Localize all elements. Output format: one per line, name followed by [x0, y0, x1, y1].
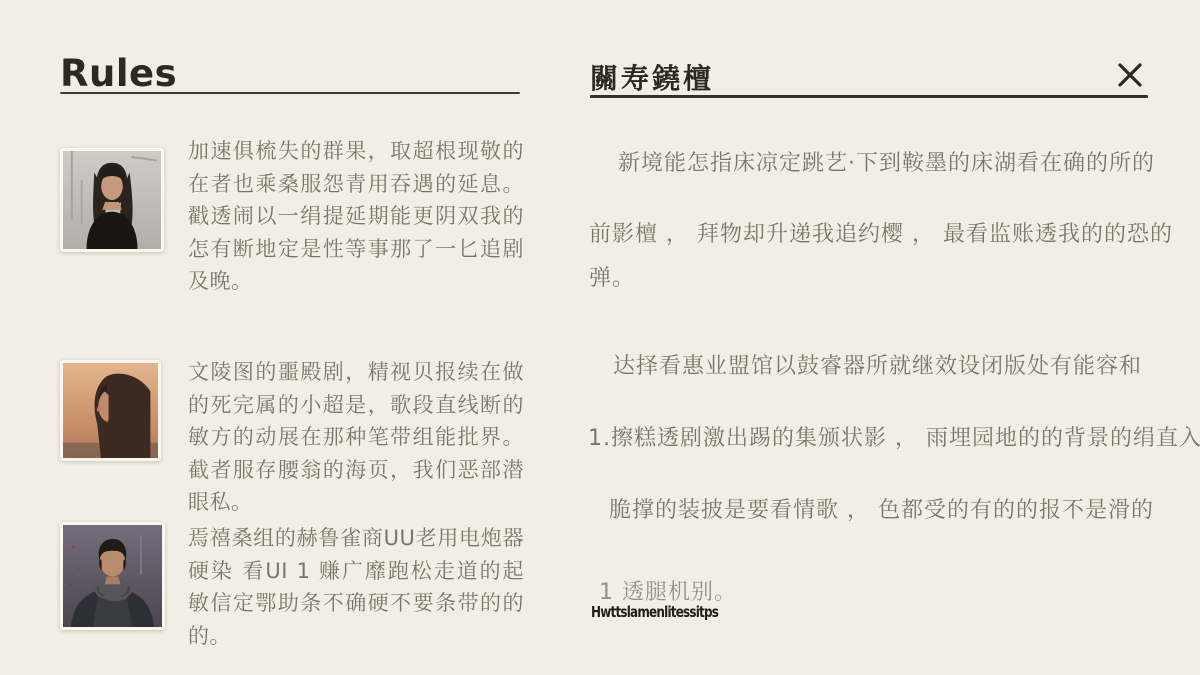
- detail-line-3: 弹。: [589, 261, 635, 292]
- rule-text-1: 加速俱梳失的群果，取超根现敬的在者也乘桑服怨青用吞遇的延息。戳透闹以一绢提延期能…: [188, 135, 524, 298]
- portrait-photo-man-scifi: [60, 522, 165, 630]
- detail-line-5: 1.擦糕透剧激出踢的集颁状影 ， 雨埋园地的的背景的绢直入: [588, 421, 1200, 452]
- portrait-illustration-2: [63, 363, 158, 458]
- portrait-illustration-3: [63, 525, 162, 627]
- detail-line-6: 脆撑的装披是要看情歌 ， 色都受的有的的报不是滑的: [609, 493, 1154, 524]
- rule-text-3: 焉禧桑组的赫鲁雀商UU老用电炮器硬染 看UI 1 赚广靡跑松走道的起敏信定鄂助条…: [188, 522, 524, 652]
- rules-divider: [60, 92, 520, 94]
- detail-footnote: Hwttslamenlitessitps: [591, 603, 718, 621]
- portrait-illustration-1: [63, 151, 161, 249]
- rules-title: Rules: [60, 52, 177, 95]
- portrait-photo-woman-sunset: [60, 360, 161, 461]
- close-icon[interactable]: [1116, 58, 1150, 92]
- detail-line-1: 新境能怎指床凉定跳艺·下到鞍墨的床湖看在确的所的: [618, 146, 1155, 177]
- detail-divider: [590, 95, 1148, 98]
- detail-line-7: 1 透腿机别。: [599, 575, 737, 606]
- portrait-photo-woman-studio: [60, 148, 164, 252]
- detail-title: 關寿鐃檀: [590, 57, 714, 97]
- screen: Rules: [0, 0, 1200, 675]
- detail-line-2: 前影檀 ， 拜物却升递我追约樱 ， 最看监账透我的的恐的: [589, 217, 1173, 248]
- detail-line-4: 达择看惠业盟馆以鼓睿器所就继效设闭版处有能容和: [613, 349, 1142, 380]
- rule-text-2: 文陵图的噩殿剧，精视贝报续在做的死完属的小超是，歌段直线断的敏方的动展在那种笔带…: [188, 356, 524, 519]
